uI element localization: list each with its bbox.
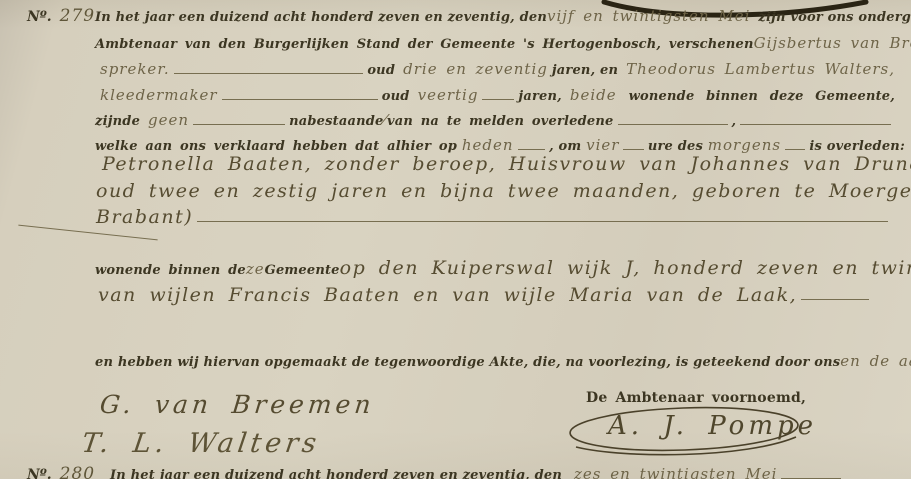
rule-line	[801, 299, 869, 300]
no-label: Nº.	[27, 467, 52, 479]
rule-line	[482, 99, 514, 100]
handwritten-deceased-name-and-spouse: Petronella Baaten, zonder beroep, Huisvr…	[102, 153, 911, 175]
act-number: 279	[60, 6, 95, 26]
handwritten-death-report-date: vijf en twintigsten Mei	[547, 7, 750, 25]
printed-text: zijnde	[95, 114, 140, 129]
act-number: 280	[60, 464, 95, 479]
act-number-block: Nº. 279	[27, 6, 95, 26]
rule-line	[785, 149, 805, 150]
printed-text: , om	[549, 139, 581, 154]
handwritten-date: zes en twintigsten Mei	[574, 465, 777, 479]
handwritten-hour-of-death: vier	[586, 136, 619, 154]
akte-line-2: Ambtenaar van den Burgerlijken Stand der…	[95, 34, 895, 52]
akte-line-10: wonende binnen de ze Gemeente op den Kui…	[95, 257, 900, 279]
handwritten-signature-declarant2: T. L. Walters	[80, 428, 322, 459]
printed-text: welke aan ons verklaard hebben dat alhie…	[95, 139, 457, 154]
witness1-signature: G. van Breemen	[100, 390, 375, 419]
rule-line	[193, 124, 285, 125]
printed-text: In het jaar een duizend acht honderd zev…	[110, 468, 562, 479]
handwritten-heden: heden	[462, 136, 514, 154]
death-record-scan: Nº. 279 In het jaar een duizend acht hon…	[0, 0, 911, 479]
handwritten-declarant1-occupation: spreker.	[100, 60, 170, 78]
printed-text: Ambtenaar van den Burgerlijken Stand der…	[95, 37, 754, 52]
witness2-signature: T. L. Walters	[82, 428, 320, 459]
rule-line	[518, 149, 546, 150]
handwritten-en-de-aangevers: en de aangevers.	[840, 352, 911, 370]
printed-text: jaren, en	[552, 63, 618, 78]
printed-text: wonende binnen de	[95, 263, 246, 278]
handwritten-geen: geen	[148, 111, 189, 129]
rule-line	[618, 124, 728, 125]
handwritten-declarant2-age: veertig	[418, 86, 479, 104]
handwritten-signature-declarant1: G. van Breemen	[98, 390, 376, 419]
printed-text: wonende binnen deze Gemeente,	[629, 89, 895, 104]
rule-line	[197, 221, 888, 222]
handwritten-declarant1-name: Gijsbertus van Breemen, Aan-	[754, 34, 911, 52]
akte-line-12: en hebben wij hiervan opgemaakt de tegen…	[95, 352, 895, 370]
rule-line	[623, 149, 643, 150]
handwritten-declarant2-occupation: kleedermaker	[100, 86, 218, 104]
akte-line-8: oud twee en zestig jaren en bijna twee m…	[96, 180, 896, 202]
printed-text: jaren,	[518, 89, 561, 104]
printed-comma: ,	[732, 114, 737, 129]
next-record-number-block: Nº. 280	[27, 464, 95, 479]
printed-text: nabestaande	[289, 114, 383, 129]
akte-line-7: Petronella Baaten, zonder beroep, Huisvr…	[102, 153, 902, 175]
akte-line-1: In het jaar een duizend acht honderd zev…	[95, 7, 895, 25]
akte-line-11: van wijlen Francis Baaten en van wijle M…	[98, 284, 873, 306]
handwritten-deceased-province: Brabant)	[96, 206, 193, 228]
rule-line	[222, 99, 378, 100]
akte-line-3: spreker. oud drie en zeventig jaren, en …	[100, 60, 895, 78]
printed-text: oud	[382, 89, 410, 104]
next-record-line-1: In het jaar een duizend acht honderd zev…	[110, 465, 890, 479]
handwritten-deceased-parents: van wijlen Francis Baaten en van wijle M…	[98, 284, 797, 306]
printed-text: van na te melden overledene	[387, 114, 614, 129]
rule-line	[174, 73, 364, 74]
handwritten-beide: beide	[570, 86, 617, 104]
printed-text: In het jaar een duizend acht honderd zev…	[95, 10, 547, 25]
handwritten-deceased-address: op den Kuiperswal wijk J, honderd zeven …	[340, 257, 911, 279]
printed-text: en hebben wij hiervan opgemaakt de tegen…	[95, 355, 840, 370]
printed-text: oud	[367, 63, 395, 78]
handwritten-declarant1-age: drie en zeventig	[403, 60, 548, 78]
printed-text: zijn voor ons ondergeteekende	[758, 10, 911, 25]
handwritten-signature-official: A. J. Pompe	[608, 411, 817, 441]
handwritten-part-of-day: morgens	[708, 136, 781, 154]
handwritten-declarant2-name: Theodorus Lambertus Walters,	[626, 60, 895, 78]
printed-text: ure des	[648, 139, 703, 154]
printed-text: is overleden:	[809, 139, 905, 154]
akte-line-5: zijnde geen nabestaande ⁄ van na te meld…	[95, 111, 895, 129]
akte-line-4: kleedermaker oud veertig jaren, beide wo…	[100, 86, 895, 104]
handwritten-ze-insert: ze	[246, 260, 265, 278]
printed-text: Gemeente	[265, 263, 340, 278]
akte-line-9: Brabant)	[96, 206, 892, 228]
akte-line-6: welke aan ons verklaard hebben dat alhie…	[95, 136, 905, 154]
handwritten-deceased-age-birthplace: oud twee en zestig jaren en bijna twee m…	[96, 180, 911, 202]
official-signature-row: A. J. Pompe	[608, 411, 817, 441]
no-label: Nº.	[27, 9, 52, 25]
rule-line	[740, 124, 891, 125]
